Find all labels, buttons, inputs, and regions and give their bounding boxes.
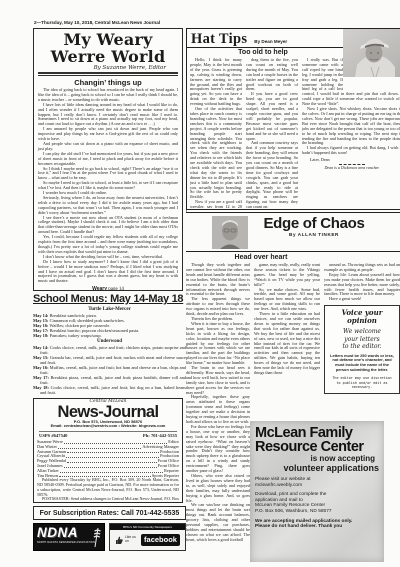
ad-subtitle-line-2: volunteer applications [255,463,379,473]
page-folio: 2—Thursday, May 10, 2018, Central McLean… [34,20,160,25]
weary-paragraph: Yes, I could, because I could regale my … [38,235,178,255]
hat-tips-paragraph: One of the activities that takes place i… [190,107,242,200]
hat-tips-col-3: I really was. But if someone came with a… [302,58,400,208]
edge-paragraph: The less apparent things we attribute to… [186,297,250,317]
menu-item: May 18: Cooks choice, cereal, milk, juic… [33,385,186,395]
edge-paragraph: The brain in our head sees it differentl… [186,366,250,395]
letters-welcome-line: your letters [331,336,393,344]
masthead-box: Central McLean News-Journal P.O. Box 573… [33,398,183,503]
edge-paragraph: Have a great week! [324,297,400,302]
menu-text: Granola bar, cereal, milk, juice and fru… [40,355,186,365]
hat-tips-col-2: drag them to the fire, you can count on … [246,58,298,208]
thumbs-up-icon [115,536,123,545]
letters-welcome-text: We welcome your letters to the editor. [331,328,393,351]
edge-paragraph: game, may really, really, really want th… [254,263,320,288]
hat-tips-text-columns: Hello, I think for many people, May is t… [187,57,400,209]
edge-of-chaos-byline: By ALLAN TINKER [254,232,374,237]
weary-paragraph: The idea of going back to school has res… [38,88,178,103]
dean-meyer-photo [343,29,400,77]
hat-tips-signoff: Later, Dean [302,157,400,162]
masthead-published-note: Published every Thursday by BHG, Inc., P… [37,478,179,497]
edge-of-chaos-headline: Head over heart [186,254,336,262]
weary-paragraph: So I think I maybe need to go back to sc… [38,167,178,182]
hat-tips-title: Hat Tips [191,31,247,47]
hat-tips-paragraph: Now I give shots. Not whiskey shots. Vac… [302,107,400,146]
ad-note-line-2: Please do not hand deliver. Thank you [255,524,379,530]
hat-tips-paragraph: drag them to the fire, you can count on … [246,58,298,92]
dot-leader [58,448,141,449]
dot-leader [67,452,159,453]
edge-paragraph: We can win/lose our thinking on most thi… [186,503,250,542]
weary-paragraph: I can play the old stuff I’ve had memori… [38,152,178,167]
letters-policy-text: Letters must be 250 words or less, not d… [330,354,394,372]
edge-paragraph: Others, who were also raised or lived in… [186,474,250,503]
masthead-postmaster-note: POSTMASTER: Send address changes to Cent… [37,497,179,503]
edge-paragraph: Hopefully, together these gray areas att… [186,395,250,424]
newspaper-page: { "header": {"folio": "2—Thursday, May 1… [0,0,400,567]
hat-tips-column-box: Hat Tips By Dean Meyer Too old to help H… [186,28,400,213]
facebook-wordmark: facebook [141,534,180,546]
weary-continued-slug: Weary [92,286,107,291]
edge-paragraph: Enjoy life. Learn about yourself and how… [324,273,400,298]
menu-text: Breakfast pizza, cereal, milk, juice and… [40,375,186,385]
ad-title-line-1: McLean Family [255,426,379,440]
mclean-frc-ad: McLean Family Resource Center is now acc… [250,421,384,562]
dot-leader [66,457,159,458]
wheat-icon [87,526,103,548]
hat-tips-paragraph: And common courtesy says that if you hel… [246,141,298,208]
hat-tips-paragraph: If you have a good crew lined up, you ar… [246,92,298,141]
subscription-rates-strip: For Subscription Rates: Call 701-442-553… [33,506,186,520]
dot-leader [67,462,157,463]
weary-paragraph: Seriously, living where I do, an hour aw… [38,196,178,216]
menu-item: May 18: Pancakes; turkey wraps/soup. [33,333,186,338]
menu-text: Cooks choice, cereal, milk, juice and fr… [40,385,186,395]
hat-tips-headline: Too old to help [187,48,339,57]
facebook-badge-body: Like us on facebook [110,530,185,550]
menu-text: Cooks choice, cereal, milk, juice and fr… [40,345,186,355]
edge-col-1: Though they work together and one cannot… [186,263,250,560]
masthead-usps: USPS #647540 [39,433,67,439]
ad-title-line-2: Resource Center [255,440,379,454]
edge-paragraph: For those who have no feelings for a hou… [186,425,250,474]
menu-item: May 16: Muffins, cereal, milk, juice and… [33,365,186,375]
menu-day: May 18: [33,333,49,338]
edge-of-chaos-header: Edge of Chaos By ALLAN TINKER [186,215,400,252]
menu-text: Muffins, cereal, milk, juice and fruit; … [40,365,186,375]
weary-column-title: My Weary Werre World [38,31,178,65]
school-menus-headline: School Menus: May 14-May 18 [33,293,186,306]
menu-item: May 15: Granola bar, cereal, milk, juice… [33,355,186,365]
weary-paragraph: Do I know how to study anymore? I don’t … [38,260,178,285]
menu-item: May 14: Cooks choice, cereal, milk, juic… [33,345,186,355]
allan-tinker-photo [212,216,248,249]
weary-paragraph: I see there’s a movie out now about an O… [38,216,178,236]
weary-paragraph: I am amazed by people who can just sit d… [38,127,178,142]
hat-tips-paragraph: Hello, I think for many people, May is t… [190,58,242,107]
edge-of-chaos-title: Edge of Chaos [254,215,374,232]
edge-paragraph: So, we make choices. Some bad, terrible,… [254,288,320,313]
voice-your-opinion-title: Voice your opinion [327,309,397,325]
hat-tips-author-tagline: Dean is a Dickinson area rancher. [302,166,400,171]
ad-subtitle-line-1: is now accepting [255,454,375,463]
logos-row: NDNA NORTH DAKOTA NEWSPAPER ASSOCIATION … [33,523,186,552]
letters-welcome-line: to the editor. [331,343,393,351]
editor-discretion-note: The editor may use discretion to publish… [330,376,394,389]
dot-leader [64,467,157,468]
weary-headline: Changin’ things up [38,78,178,87]
letters-to-editor-box: Voice your opinion We welcome your lette… [324,305,400,394]
school-menus-section: School Menus: May 14-May 18 Turtle Lake-… [33,293,186,395]
dot-leader [60,472,163,473]
weary-paragraph: I have lots of little ideas dancing arou… [38,103,178,128]
weary-column-box: My Weary Werre World By Suzanne Werre, E… [33,28,183,291]
masthead-usps-phone-row: USPS #647540 Ph: 701-442-5535 [39,431,177,439]
edge-paragraph: When it is time to buy a house, the hear… [186,322,250,366]
masthead-phone: Ph: 701-442-5535 [143,433,177,439]
edge-of-chaos-body: Head over heart Though they work togethe… [186,254,400,562]
hat-tips-col-1: Hello, I think for many people, May is t… [190,58,242,208]
weary-continued-page: page 14 [107,287,124,291]
ndna-logo: NDNA NORTH DAKOTA NEWSPAPER ASSOCIATION [33,523,105,551]
menu-text: Pancakes; turkey wraps/soup. [50,333,102,338]
edge-paragraph: Though they work together and one cannot… [186,263,250,297]
masthead-wordmark: News-Journal [37,405,179,420]
facebook-like-text: Like us on [125,536,139,543]
masthead-contact: Email: centralmclean@westriv.com • Websi… [37,424,179,429]
hat-tips-paragraph: Now if you are a good calf wrestler, say… [190,200,242,208]
edge-paragraph: Throw in a little education on bad choic… [254,312,320,376]
divider [38,72,178,76]
hat-tips-byline: By Dean Meyer [254,39,287,44]
facebook-badge: BHG’s ND Community Newspapers Like us on… [109,523,186,551]
menu-item: May 17: Breakfast pizza, cereal, milk, j… [33,375,186,385]
weary-continued-line: Weary page 14 [38,286,178,291]
letters-welcome-line: We welcome [331,328,393,336]
hat-tips-paragraph: I had always figured on getting old. But… [302,146,400,156]
